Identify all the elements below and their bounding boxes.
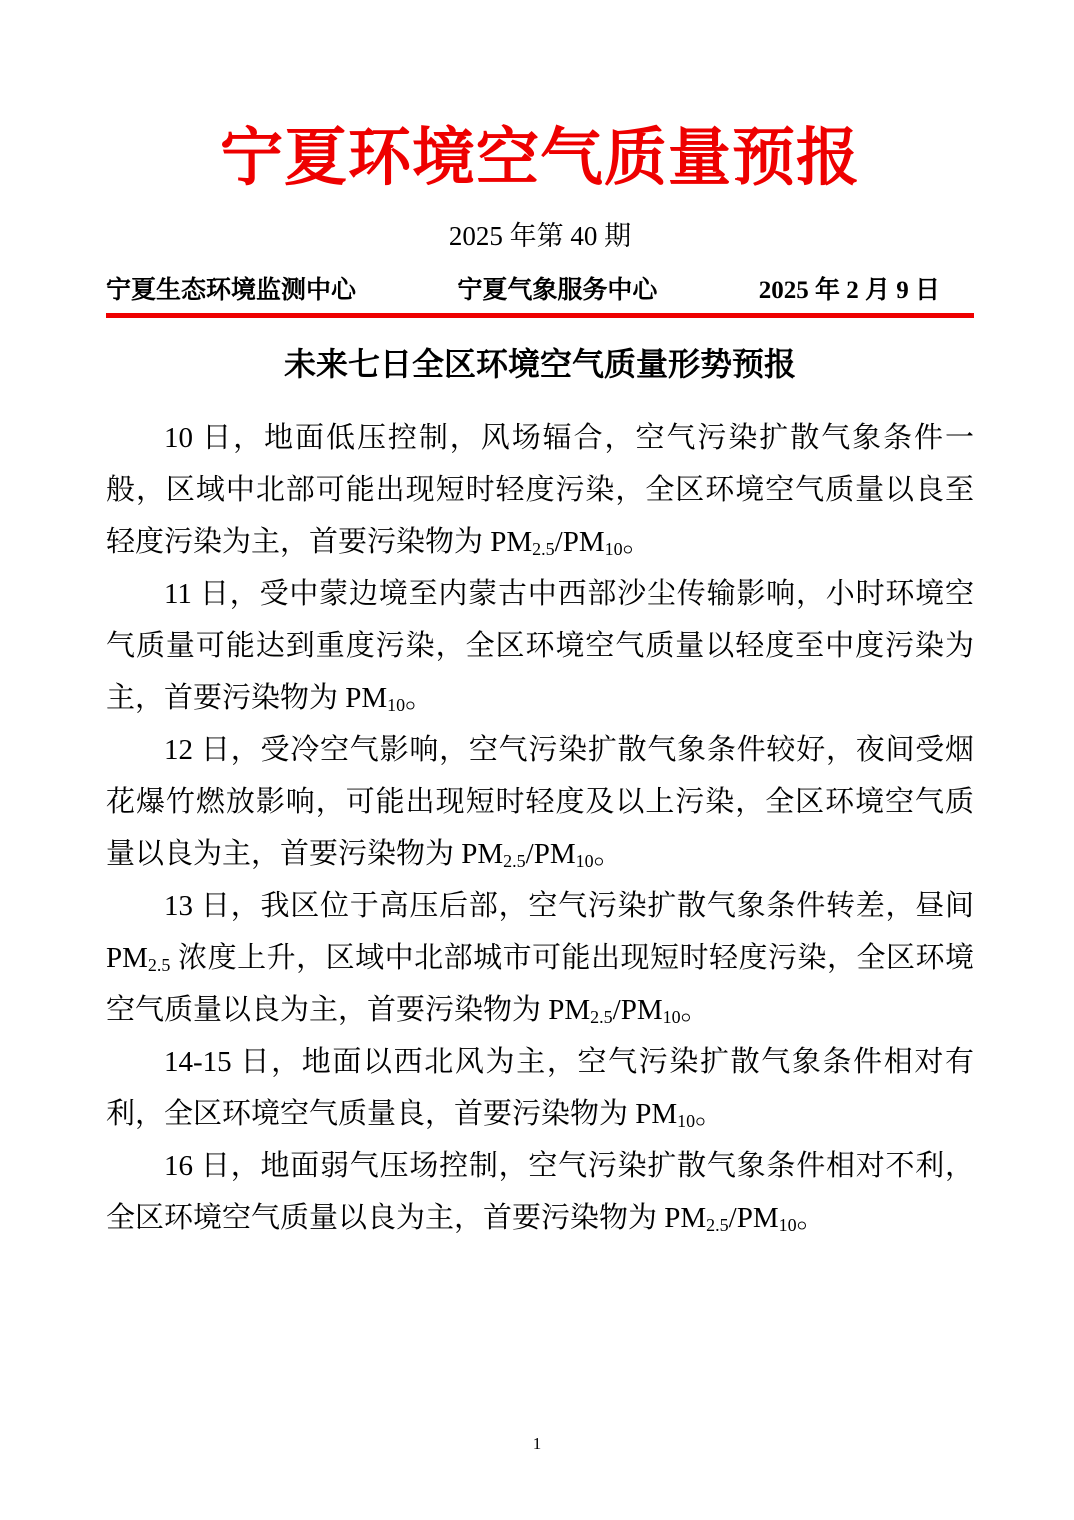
paragraph-text: 。 [405, 682, 434, 714]
paragraph-text: 。 [797, 1202, 826, 1234]
paragraph-text: /PM [613, 994, 663, 1026]
paragraph-text: 。 [681, 994, 710, 1026]
pollutant-subscript: 2.5 [148, 955, 170, 975]
paragraph-text: 14-15 日，地面以西北风为主，空气污染扩散气象条件相对有利，全区环境空气质量… [106, 1046, 974, 1130]
paragraph-text: 10 日，地面低压控制，风场辐合，空气污染扩散气象条件一般，区域中北部可能出现短… [106, 422, 974, 558]
pollutant-subscript: 2.5 [503, 851, 525, 871]
pollutant-subscript: 10 [779, 1215, 797, 1235]
issue-number: 2025 年第 40 期 [106, 218, 974, 254]
section-title: 未来七日全区环境空气质量形势预报 [106, 342, 974, 386]
forecast-paragraph: 11 日，受中蒙边境至内蒙古中西部沙尘传输影响，小时环境空气质量可能达到重度污染… [106, 568, 974, 724]
issue-date: 2025 年 2 月 9 日 [759, 274, 974, 308]
paragraph-text: 16 日，地面弱气压场控制，空气污染扩散气象条件相对不利，全区环境空气质量以良为… [106, 1150, 974, 1234]
paragraph-text: 。 [594, 838, 623, 870]
document-page: 宁夏环境空气质量预报 2025 年第 40 期 宁夏生态环境监测中心 宁夏气象服… [0, 0, 1074, 1520]
document-content: 宁夏环境空气质量预报 2025 年第 40 期 宁夏生态环境监测中心 宁夏气象服… [0, 120, 1074, 1244]
forecast-paragraph: 16 日，地面弱气压场控制，空气污染扩散气象条件相对不利，全区环境空气质量以良为… [106, 1140, 974, 1244]
paragraph-text: 11 日，受中蒙边境至内蒙古中西部沙尘传输影响，小时环境空气质量可能达到重度污染… [106, 578, 974, 714]
forecast-paragraph: 14-15 日，地面以西北风为主，空气污染扩散气象条件相对有利，全区环境空气质量… [106, 1036, 974, 1140]
report-title: 宁夏环境空气质量预报 [106, 120, 974, 196]
pollutant-subscript: 10 [677, 1111, 695, 1131]
pollutant-subscript: 2.5 [706, 1215, 728, 1235]
paragraph-text: 浓度上升，区域中北部城市可能出现短时轻度污染，全区环境空气质量以良为主，首要污染… [106, 942, 974, 1026]
pollutant-subscript: 10 [663, 1007, 681, 1027]
red-divider-rule [106, 313, 974, 318]
paragraph-text: /PM [555, 526, 605, 558]
forecast-paragraph: 13 日，我区位于高压后部，空气污染扩散气象条件转差，昼间 PM2.5 浓度上升… [106, 880, 974, 1036]
org-monitoring-center: 宁夏生态环境监测中心 [106, 274, 356, 308]
paragraph-text: 。 [695, 1098, 724, 1130]
paragraph-text: 。 [623, 526, 652, 558]
pollutant-subscript: 2.5 [532, 539, 554, 559]
forecast-paragraph: 10 日，地面低压控制，风场辐合，空气污染扩散气象条件一般，区域中北部可能出现短… [106, 412, 974, 568]
pollutant-subscript: 10 [576, 851, 594, 871]
orgs-row: 宁夏生态环境监测中心 宁夏气象服务中心 2025 年 2 月 9 日 [106, 274, 974, 308]
pollutant-subscript: 10 [605, 539, 623, 559]
pollutant-subscript: 2.5 [590, 1007, 612, 1027]
forecast-paragraphs: 10 日，地面低压控制，风场辐合，空气污染扩散气象条件一般，区域中北部可能出现短… [106, 412, 974, 1244]
page-number: 1 [0, 1434, 1074, 1454]
forecast-paragraph: 12 日，受冷空气影响，空气污染扩散气象条件较好，夜间受烟花爆竹燃放影响，可能出… [106, 724, 974, 880]
pollutant-subscript: 10 [387, 695, 405, 715]
paragraph-text: /PM [729, 1202, 779, 1234]
paragraph-text: /PM [526, 838, 576, 870]
org-meteorological-center: 宁夏气象服务中心 [457, 274, 657, 308]
